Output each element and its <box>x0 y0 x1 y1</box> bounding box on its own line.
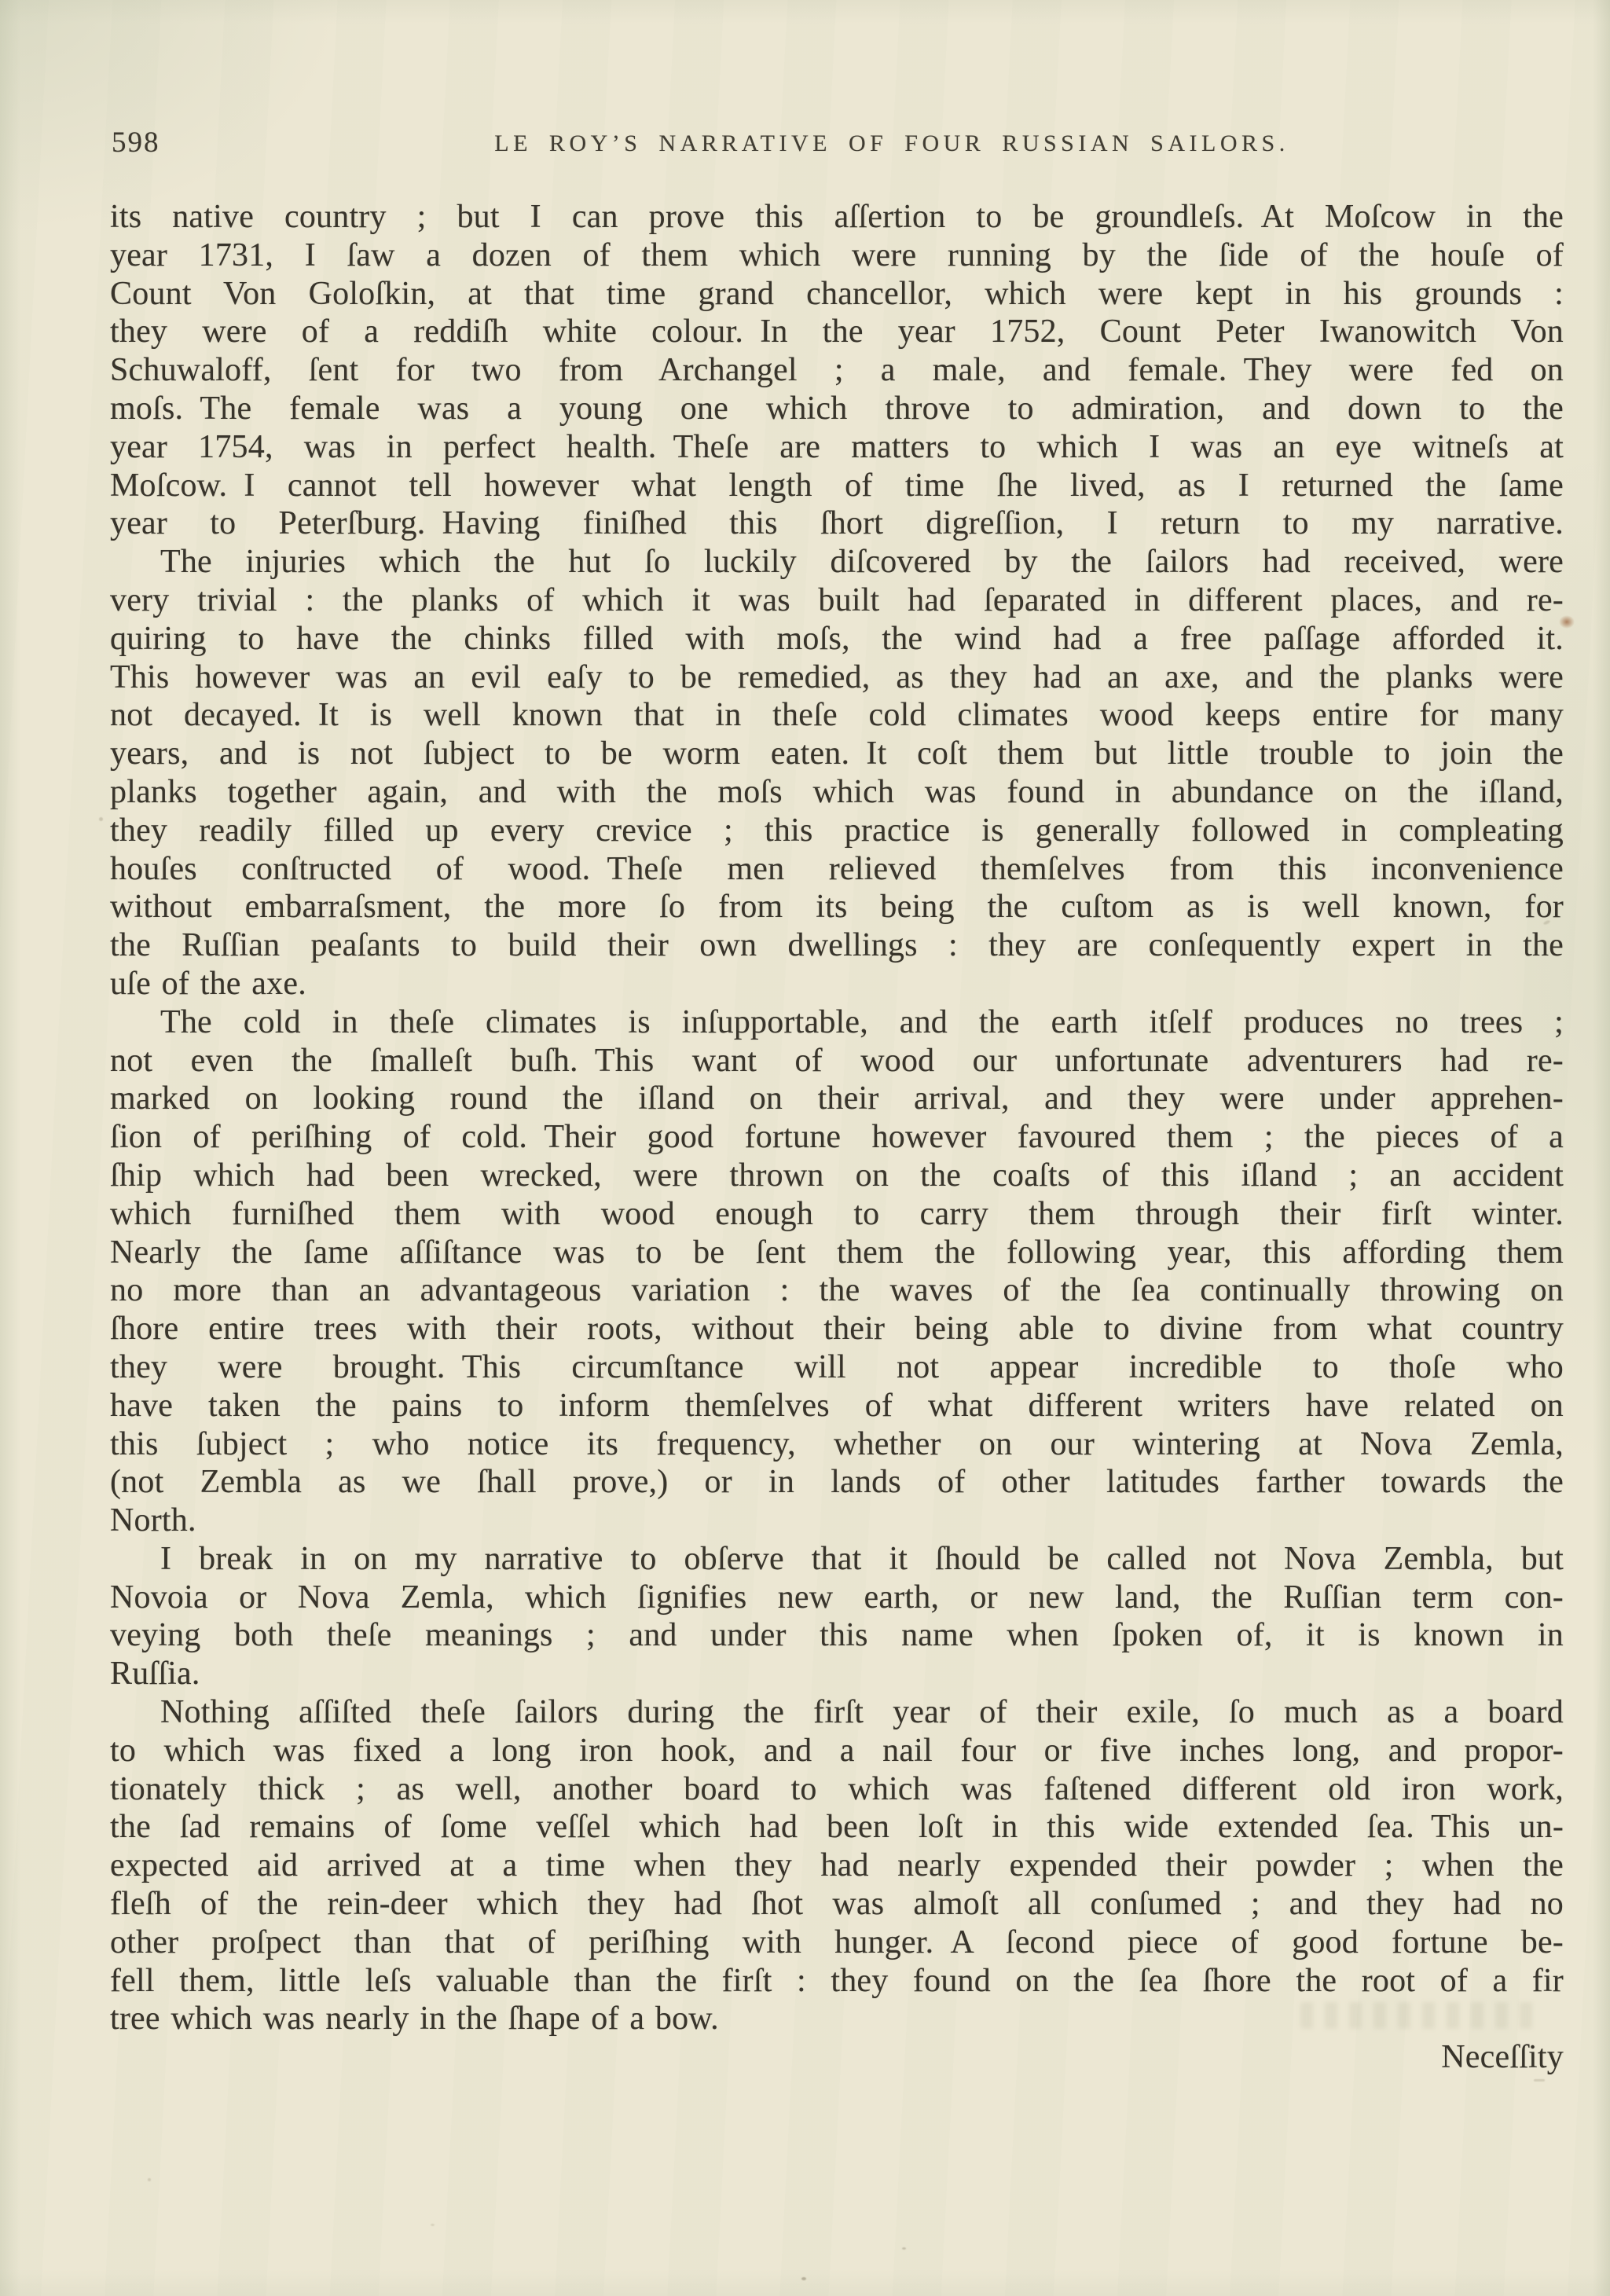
text-line: moſs. The female was a young one which t… <box>110 390 1564 428</box>
text-line: houſes conſtructed of wood. Theſe men re… <box>110 850 1564 889</box>
text-line: not decayed. It is well known that in th… <box>110 696 1564 735</box>
scan-speck <box>902 2247 906 2250</box>
text-line: (not Zembla as we ſhall prove,) or in la… <box>110 1463 1564 1502</box>
text-line: other proſpect than that of periſhing wi… <box>110 1924 1564 1962</box>
text-line: the Ruſſian peaſants to build their own … <box>110 926 1564 965</box>
text-line: its native country ; but I can prove thi… <box>110 198 1564 237</box>
text-line: This however was an evil eaſy to be reme… <box>110 658 1564 697</box>
text-line: which furniſhed them with wood enough to… <box>110 1195 1564 1234</box>
body-lines: its native country ; but I can prove thi… <box>110 198 1564 2038</box>
scan-speck <box>801 2277 806 2280</box>
text-line: the ſad remains of ſome veſſel which had… <box>110 1808 1564 1847</box>
ink-blot-artifact <box>1559 615 1575 629</box>
text-line: to which was fixed a long iron hook, and… <box>110 1732 1564 1770</box>
scan-speck <box>431 2224 435 2226</box>
text-line: fleſh of the rein-deer which they had ſh… <box>110 1885 1564 1924</box>
text-line: ſhip which had been wrecked, were thrown… <box>110 1157 1564 1195</box>
text-line: expected aid arrived at a time when they… <box>110 1847 1564 1885</box>
catchword: Neceſſity <box>110 2038 1564 2077</box>
text-line: this ſubject ; who notice its frequency,… <box>110 1425 1564 1464</box>
text-line: they were of a reddiſh white colour. In … <box>110 313 1564 351</box>
text-block: its native country ; but I can prove thi… <box>110 198 1564 2077</box>
text-line: tionately thick ; as well, another board… <box>110 1770 1564 1809</box>
text-line: have taken the pains to inform themſelve… <box>110 1387 1564 1425</box>
text-line: years, and is not ſubject to be worm eat… <box>110 735 1564 773</box>
text-line: they readily filled up every crevice ; t… <box>110 812 1564 850</box>
text-line: without embarraſsment, the more ſo from … <box>110 888 1564 926</box>
text-line: they were brought. This circumſtance wil… <box>110 1348 1564 1387</box>
book-page: 598 LE ROY’S NARRATIVE OF FOUR RUSSIAN S… <box>0 0 1610 2296</box>
scan-speck <box>1534 2079 1545 2081</box>
text-line: not even the ſmalleſt buſh. This want of… <box>110 1042 1564 1080</box>
text-line: I break in on my narrative to obſerve th… <box>110 1540 1564 1579</box>
text-line: Nearly the ſame aſſiſtance was to be ſen… <box>110 1234 1564 1272</box>
text-line: Novoia or Nova Zemla, which ſignifies ne… <box>110 1579 1564 1617</box>
text-line: fell them, little leſs valuable than the… <box>110 1962 1564 2001</box>
text-line: ſhore entire trees with their roots, wit… <box>110 1310 1564 1348</box>
text-line: very trivial : the planks of which it wa… <box>110 581 1564 620</box>
text-line: Ruſſia. <box>110 1655 1564 1693</box>
text-line: Schuwaloff, ſent for two from Archangel … <box>110 351 1564 390</box>
text-line: marked on looking round the iſland on th… <box>110 1080 1564 1118</box>
text-line: uſe of the axe. <box>110 965 1564 1003</box>
scan-speck <box>148 2178 151 2181</box>
text-line: year to Peterſburg. Having finiſhed this… <box>110 504 1564 543</box>
page-header: 598 LE ROY’S NARRATIVE OF FOUR RUSSIAN S… <box>110 124 1564 168</box>
text-line: veying both theſe meanings ; and under t… <box>110 1616 1564 1655</box>
text-line: no more than an advantageous variation :… <box>110 1271 1564 1310</box>
text-line: Moſcow. I cannot tell however what lengt… <box>110 467 1564 505</box>
text-line: The injuries which the hut ſo luckily di… <box>110 543 1564 581</box>
text-line: planks together again, and with the moſs… <box>110 773 1564 812</box>
text-line: year 1731, I ſaw a dozen of them which w… <box>110 237 1564 275</box>
text-line: Nothing aſſiſted theſe ſailors during th… <box>110 1693 1564 1732</box>
scan-speck <box>99 817 103 821</box>
text-line: Count Von Goloſkin, at that time grand c… <box>110 275 1564 314</box>
running-title: LE ROY’S NARRATIVE OF FOUR RUSSIAN SAILO… <box>494 130 1289 157</box>
text-line: The cold in theſe climates is inſupporta… <box>110 1003 1564 1042</box>
text-line: North. <box>110 1502 1564 1540</box>
page-number: 598 <box>112 126 160 160</box>
text-line: ſion of periſhing of cold. Their good fo… <box>110 1118 1564 1157</box>
show-through-smudge <box>1300 2002 1540 2029</box>
text-line: year 1754, was in perfect health. Theſe … <box>110 428 1564 467</box>
text-line: quiring to have the chinks filled with m… <box>110 620 1564 658</box>
